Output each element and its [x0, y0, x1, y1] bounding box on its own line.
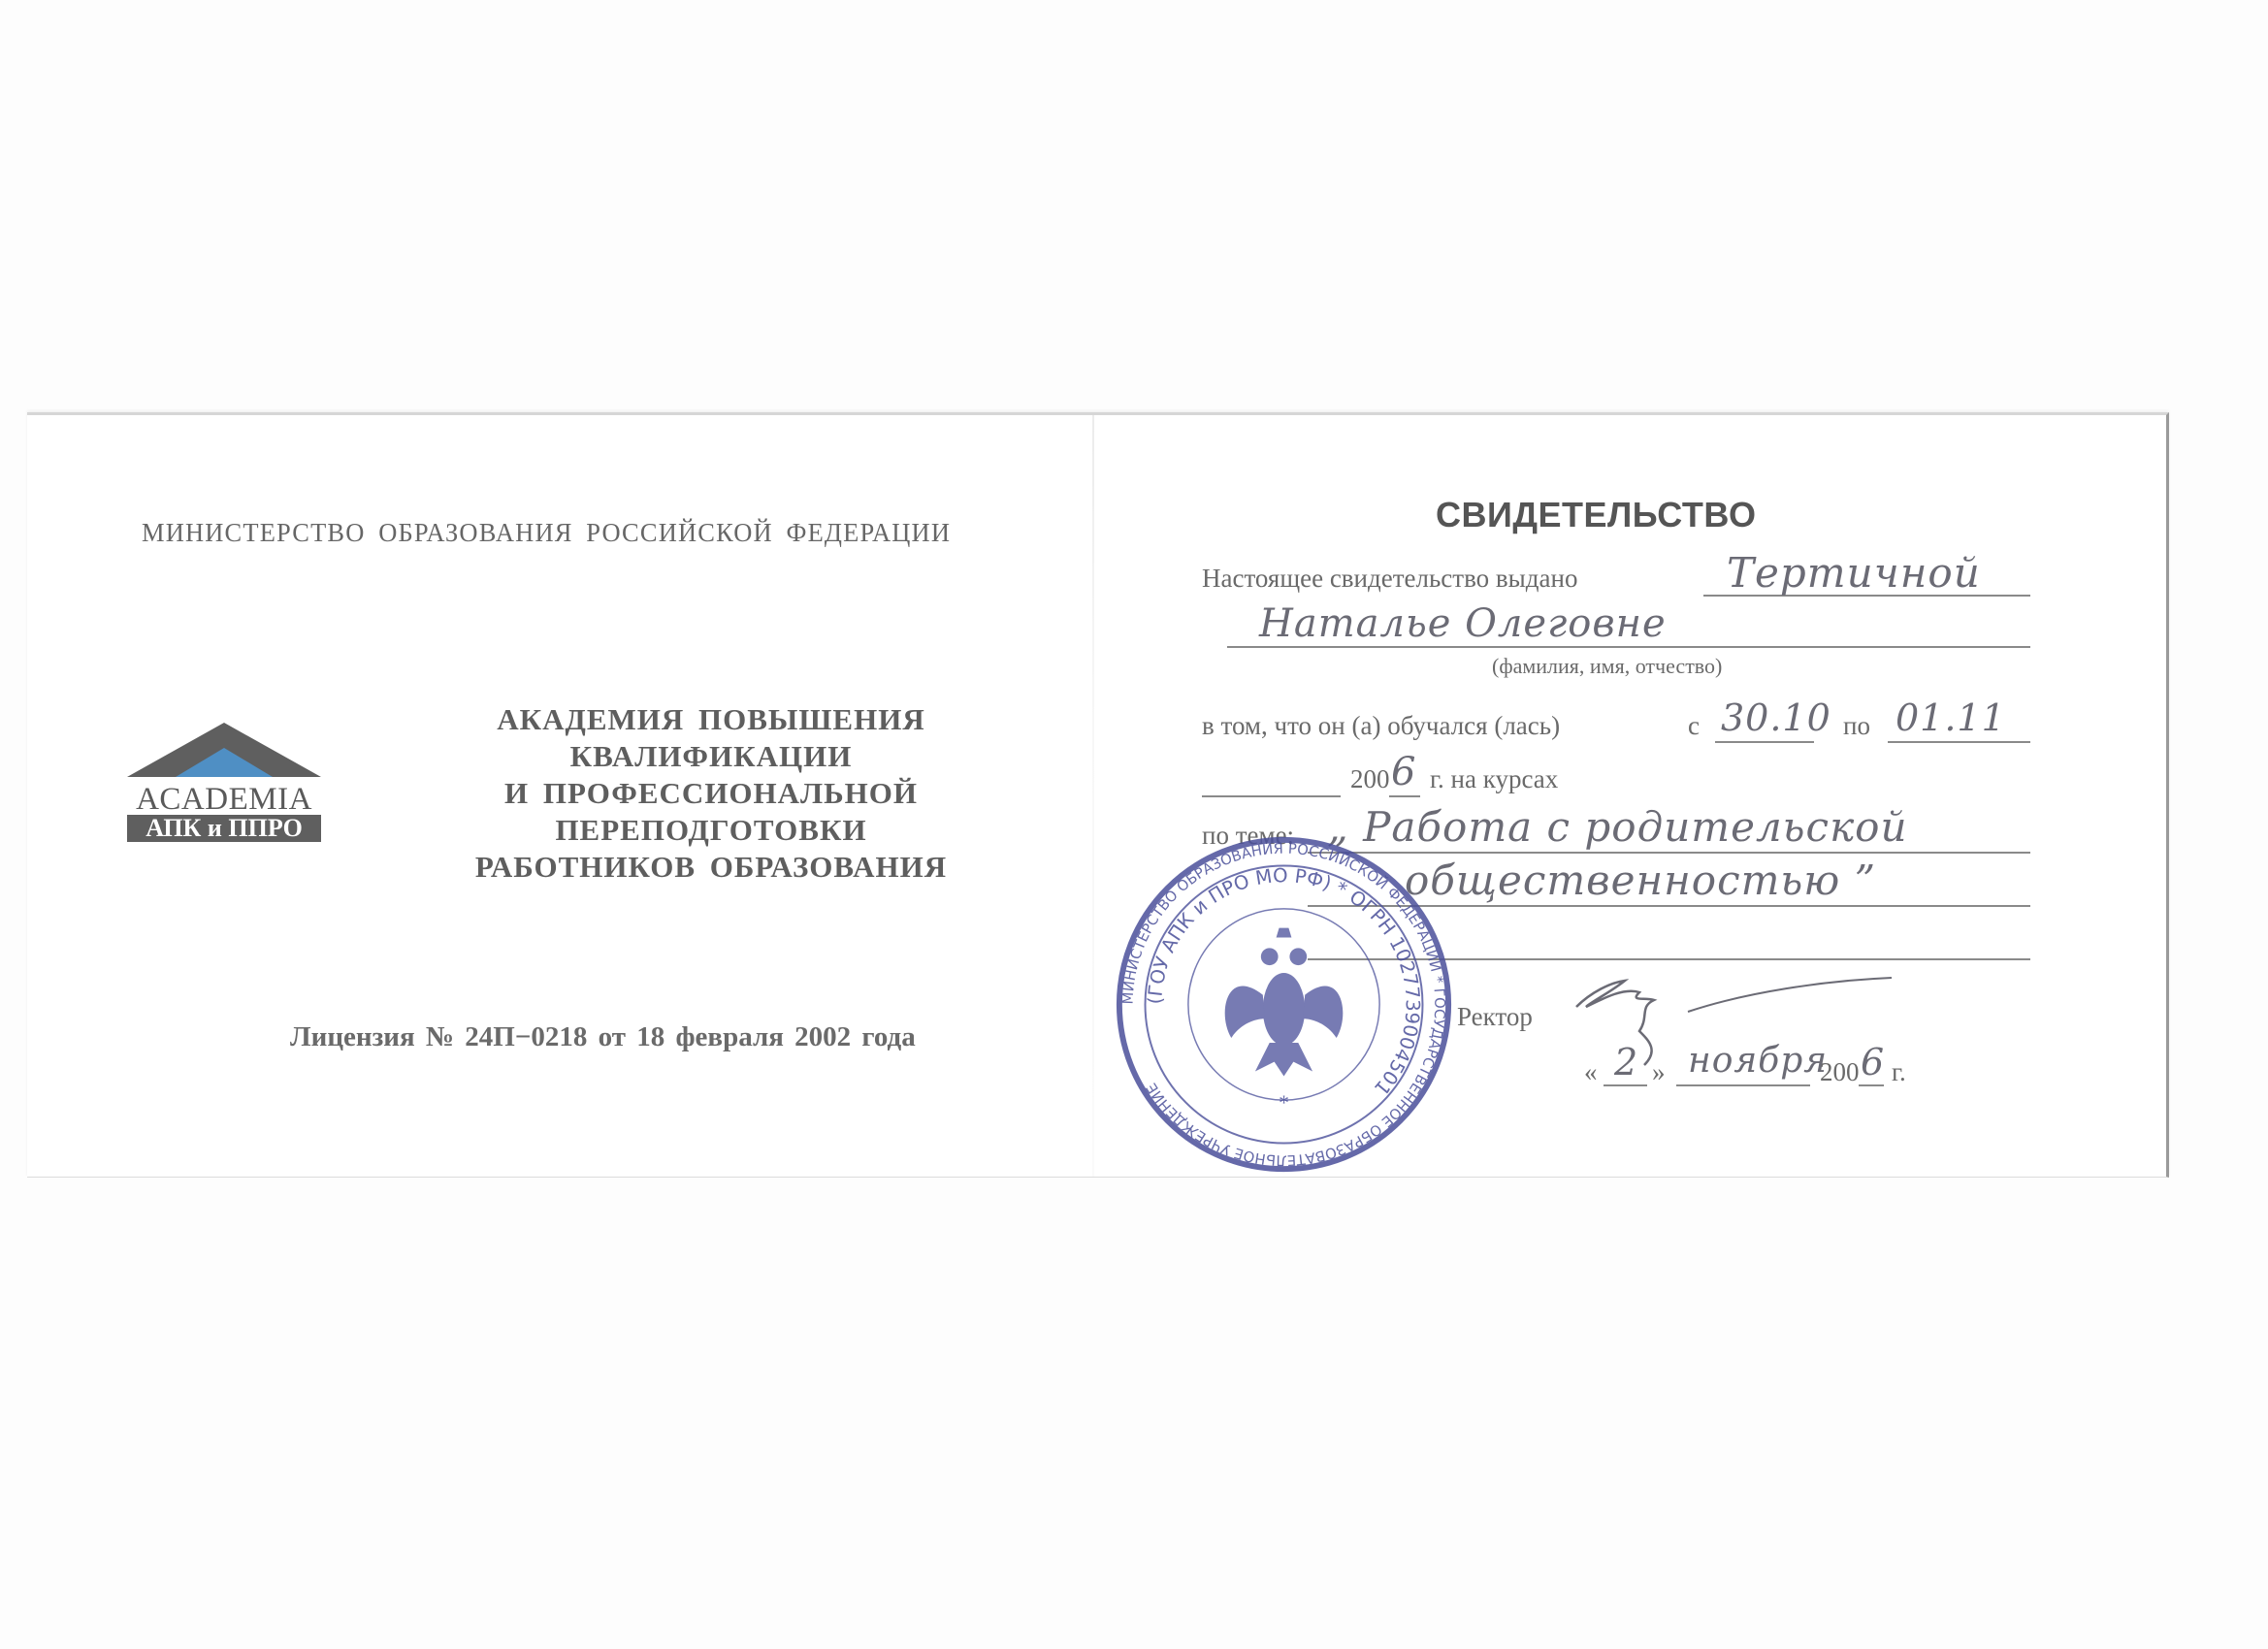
studied-label: в том, что он (а) обучался (лась) [1202, 711, 1560, 741]
from-date-line [1715, 741, 1814, 743]
issued-label: Настоящее свидетельство выдано [1202, 564, 1577, 594]
year-line [1389, 795, 1420, 797]
to-date-field: 01.11 [1895, 696, 2006, 739]
academy-line: АКАДЕМИЯ ПОВЫШЕНИЯ [435, 701, 988, 738]
official-stamp-icon: МИНИСТЕРСТВО ОБРАЗОВАНИЯ РОССИЙСКОЙ ФЕДЕ… [1112, 832, 1456, 1177]
month-line [1676, 1084, 1810, 1086]
blank-line [1202, 795, 1341, 797]
sign-year-suffix: г. [1892, 1057, 1906, 1087]
year-field: 6 [1391, 750, 1416, 794]
quote-close: » [1652, 1057, 1666, 1087]
name-caption: (фамилия, имя, отчество) [1492, 654, 1722, 679]
given-names-field: Наталье Олеговне [1259, 601, 1667, 646]
certificate-card: МИНИСТЕРСТВО ОБРАЗОВАНИЯ РОССИЙСКОЙ ФЕДЕ… [27, 412, 2169, 1178]
to-date-line [1888, 741, 2030, 743]
academy-line: РАБОТНИКОВ ОБРАЗОВАНИЯ [435, 849, 988, 886]
academy-line: ПЕРЕПОДГОТОВКИ [435, 812, 988, 849]
academia-logo: ACADEMIA АПК и ППРО [127, 723, 321, 839]
day-line [1604, 1084, 1647, 1086]
to-label: по [1843, 711, 1870, 741]
rector-label: Ректор [1457, 1002, 1533, 1032]
sign-year-prefix: 200 [1820, 1057, 1860, 1087]
academy-line: КВАЛИФИКАЦИИ [435, 738, 988, 775]
from-date-field: 30.10 [1721, 696, 1831, 739]
academy-name: АКАДЕМИЯ ПОВЫШЕНИЯ КВАЛИФИКАЦИИ И ПРОФЕС… [435, 701, 988, 886]
courses-label: г. на курсах [1430, 764, 1558, 794]
year-prefix: 200 [1350, 764, 1390, 794]
sign-year-field: 6 [1861, 1041, 1885, 1083]
surname-field: Тертичной [1727, 549, 1981, 597]
license-text: Лицензия № 24П−0218 от 18 февраля 2002 г… [290, 1021, 916, 1053]
sign-month-field: ноября [1688, 1041, 1828, 1081]
quote-open: « [1584, 1057, 1598, 1087]
logo-subtitle: АПК и ППРО [127, 815, 321, 842]
given-names-line [1227, 646, 2030, 648]
fold-line [1092, 415, 1094, 1177]
topic-field-2: общественностью ” [1405, 857, 1876, 904]
from-label: с [1688, 711, 1700, 741]
certificate-title: СВИДЕТЕЛЬСТВО [1436, 495, 1756, 535]
ministry-heading: МИНИСТЕРСТВО ОБРАЗОВАНИЯ РОССИЙСКОЙ ФЕДЕ… [142, 518, 951, 548]
roof-triangle-logo-icon [127, 723, 321, 783]
svg-text:*: * [1279, 1091, 1289, 1115]
logo-name: ACADEMIA [127, 784, 321, 816]
academy-line: И ПРОФЕССИОНАЛЬНОЙ [435, 775, 988, 812]
sign-year-line [1859, 1084, 1884, 1086]
sign-day-field: 2 [1614, 1041, 1638, 1083]
